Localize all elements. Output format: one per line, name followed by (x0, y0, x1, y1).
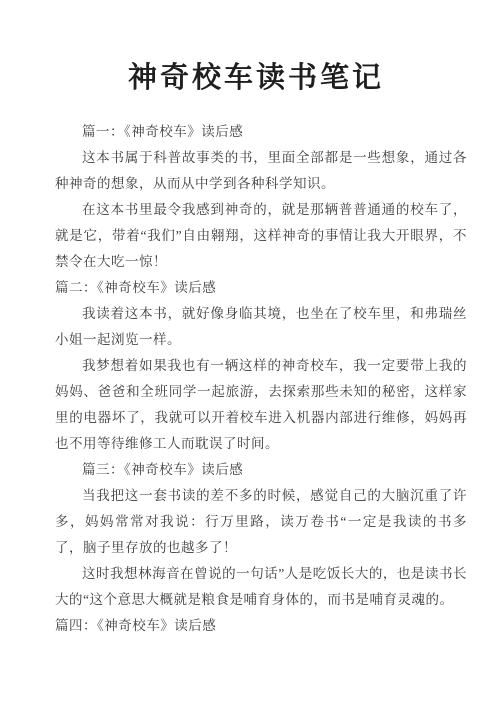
section-heading-1: 篇一：《神奇校车》读后感 (55, 119, 467, 145)
paragraph: 在这本书里最令我感到神奇的，就是那辆普普通通的校车了，就是它，带着“我们”自由翱… (55, 197, 467, 275)
section-heading-4: 篇四：《神奇校车》读后感 (55, 613, 467, 639)
section-heading-2: 篇二：《神奇校车》读后感 (55, 275, 467, 301)
paragraph: 这时我想林海音在曾说的一句话”人是吃饭长大的，也是读书长大的“这个意思大概就是粮… (55, 561, 467, 613)
document-title: 神奇校车读书笔记 (45, 56, 467, 100)
section-heading-3: 篇三：《神奇校车》读后感 (55, 457, 467, 483)
paragraph: 这本书属于科普故事类的书，里面全部都是一些想象，通过各种神奇的想象，从而从中学到… (55, 145, 467, 197)
document-body: 篇一：《神奇校车》读后感 这本书属于科普故事类的书，里面全部都是一些想象，通过各… (55, 119, 467, 639)
paragraph: 我梦想着如果我也有一辆这样的神奇校车，我一定要带上我的妈妈、爸爸和全班同学一起旅… (55, 353, 467, 457)
document-page: 神奇校车读书笔记 篇一：《神奇校车》读后感 这本书属于科普故事类的书，里面全部都… (0, 0, 500, 708)
paragraph: 我读着这本书，就好像身临其境，也坐在了校车里，和弗瑞丝小姐一起浏览一样。 (55, 301, 467, 353)
paragraph: 当我把这一套书读的差不多的时候，感觉自己的大脑沉重了许多，妈妈常常对我说：行万里… (55, 483, 467, 561)
